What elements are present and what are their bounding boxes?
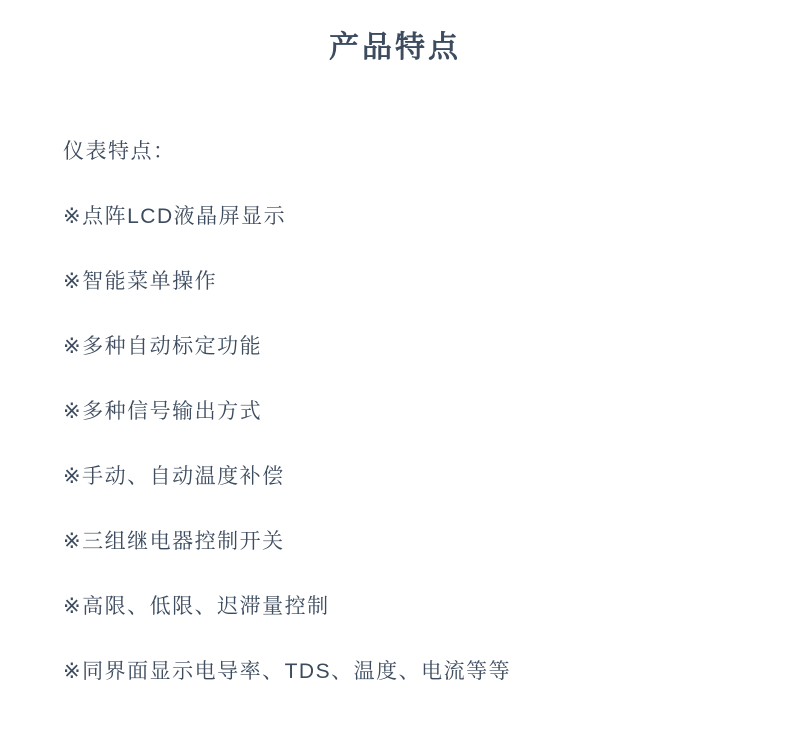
page-title: 产品特点 [0, 30, 790, 66]
section-heading: 仪表特点： [63, 141, 750, 162]
feature-item-lcd-display: ※点阵LCD液晶屏显示 [63, 206, 750, 227]
feature-item-temp-compensation: ※手动、自动温度补偿 [63, 466, 750, 487]
feature-item-auto-calibration: ※多种自动标定功能 [63, 336, 750, 357]
product-features-page: 产品特点 仪表特点： ※点阵LCD液晶屏显示 ※智能菜单操作 ※多种自动标定功能… [0, 0, 790, 750]
feature-item-limit-control: ※高限、低限、迟滞量控制 [63, 596, 750, 617]
features-content: 仪表特点： ※点阵LCD液晶屏显示 ※智能菜单操作 ※多种自动标定功能 ※多种信… [0, 141, 790, 682]
feature-item-smart-menu: ※智能菜单操作 [63, 271, 750, 292]
feature-item-signal-output: ※多种信号输出方式 [63, 401, 750, 422]
feature-item-relay-control: ※三组继电器控制开关 [63, 531, 750, 552]
feature-item-multi-display: ※同界面显示电导率、TDS、温度、电流等等 [63, 661, 750, 682]
